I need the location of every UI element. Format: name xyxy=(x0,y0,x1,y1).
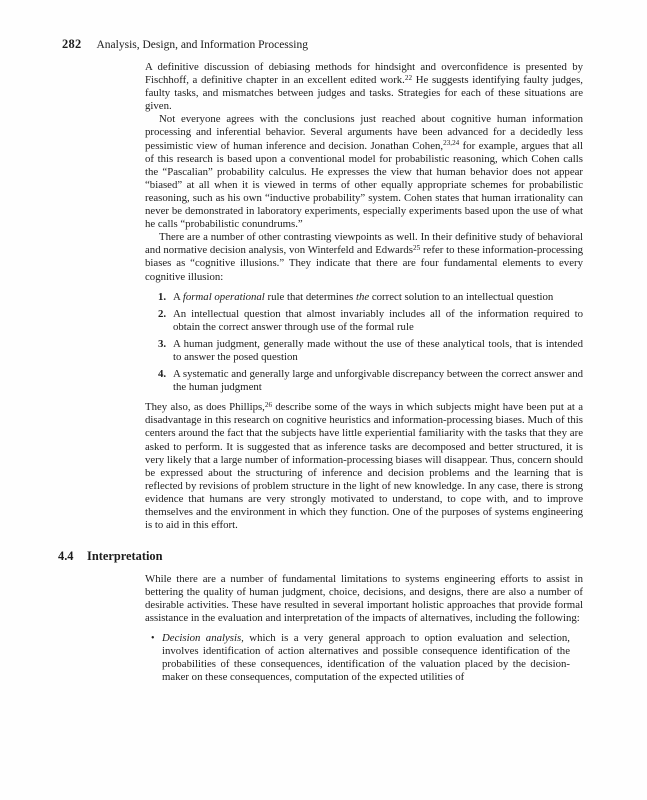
text-run: rule that determines xyxy=(265,291,356,303)
text-run: describe some of the ways in which subje… xyxy=(145,401,583,531)
paragraph-viewpoints: There are a number of other contrasting … xyxy=(145,231,583,283)
text-run: A xyxy=(173,291,183,303)
list-item-4: 4.A systematic and generally large and u… xyxy=(145,368,583,394)
list-item-number: 1. xyxy=(158,291,166,304)
list-item-number: 4. xyxy=(158,368,166,381)
footnote-ref-22: 22 xyxy=(405,74,412,82)
paragraph-phillips: They also, as does Phillips,26 describe … xyxy=(145,401,583,532)
section-number: 4.4 xyxy=(58,549,87,564)
footnote-ref-26: 26 xyxy=(265,401,272,409)
list-item-2: 2.An intellectual question that almost i… xyxy=(145,308,583,334)
bullet-item-decision-analysis: •Decision analysis, which is a very gene… xyxy=(145,632,583,684)
text-run: An intellectual question that almost inv… xyxy=(173,308,583,333)
cognitive-illusion-list: 1.A formal operational rule that determi… xyxy=(145,291,583,395)
section-title: Interpretation xyxy=(87,549,162,563)
paragraph-cohen: Not everyone agrees with the conclusions… xyxy=(145,113,583,231)
text-run: While there are a number of fundamental … xyxy=(145,573,583,624)
text-run: correct solution to an intellectual ques… xyxy=(369,291,553,303)
italic-run: the xyxy=(356,291,369,303)
page-number: 282 xyxy=(62,37,82,51)
page-header: 282Analysis, Design, and Information Pro… xyxy=(62,37,308,52)
bullet-icon: • xyxy=(151,632,155,645)
footnote-ref-23-24: 23,24 xyxy=(443,139,459,147)
book-page: 282Analysis, Design, and Information Pro… xyxy=(0,0,647,800)
paragraph-interpretation-intro: While there are a number of fundamental … xyxy=(145,573,583,625)
paragraph-debiasing: A definitive discussion of debiasing met… xyxy=(145,61,583,113)
running-title: Analysis, Design, and Information Proces… xyxy=(97,39,308,51)
footnote-ref-25: 25 xyxy=(413,244,420,252)
text-run: for example, argues that all of this res… xyxy=(145,140,583,231)
holistic-approaches-list: •Decision analysis, which is a very gene… xyxy=(145,632,583,684)
text-column: A definitive discussion of debiasing met… xyxy=(145,61,583,684)
italic-run: Decision analysis, xyxy=(162,632,244,644)
text-run: A human judgment, generally made without… xyxy=(173,338,583,363)
list-item-1: 1.A formal operational rule that determi… xyxy=(145,291,583,304)
list-item-number: 3. xyxy=(158,338,166,351)
text-run: A systematic and generally large and unf… xyxy=(173,368,583,393)
list-item-number: 2. xyxy=(158,308,166,321)
list-item-3: 3.A human judgment, generally made witho… xyxy=(145,338,583,364)
text-run: They also, as does Phillips, xyxy=(145,401,265,413)
section-heading: 4.4Interpretation xyxy=(58,549,583,564)
italic-run: formal operational xyxy=(183,291,265,303)
